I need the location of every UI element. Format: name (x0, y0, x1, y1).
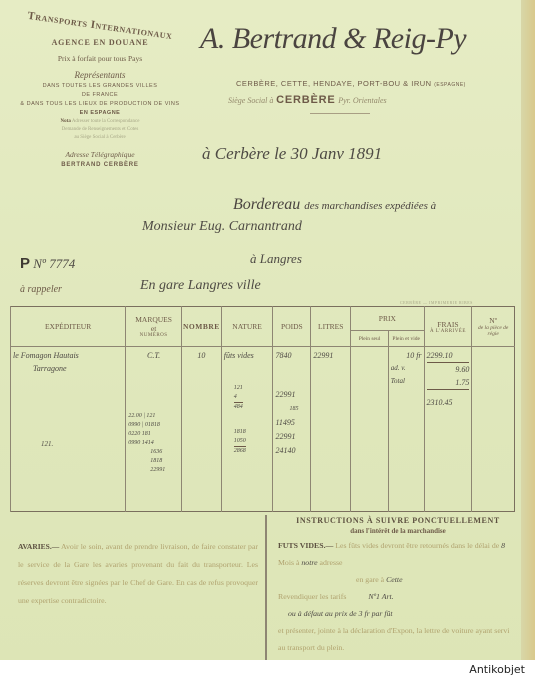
table-row: le Fomagon Hautais Tarragone 121. C.T. 2… (11, 347, 515, 512)
frais-line: 1.75 (427, 376, 470, 390)
calc-line: 24140 (275, 444, 308, 458)
header-prix-plein-seul: Plein seul (351, 331, 389, 347)
header-frais: FRAIS À L'ARRIVÉE (424, 307, 472, 347)
frais-total: 2310.45 (427, 396, 470, 409)
calc-line: 185 (275, 402, 308, 416)
calc-poids: 22991 185 11495 22991 24140 (275, 388, 308, 458)
calc-line: 0990 1414 (128, 439, 179, 448)
reference-number: P Nº 7774 (20, 255, 75, 272)
calc-line: 1050 (234, 437, 271, 446)
telegraph-label: Adresse Télégraphique (10, 150, 190, 159)
futs-text: adresse (320, 558, 343, 567)
header-no-label: Nº (473, 316, 513, 325)
gare-line: en gare à Cette (278, 571, 518, 588)
nature-value: fûts vides (224, 349, 271, 362)
pricing-text: Prix à forfait pour tous Pays (10, 54, 190, 63)
cities-line: DE FRANCE (10, 92, 190, 98)
bordereau-heading: Bordereau des marchandises expédiées à (233, 196, 436, 214)
header-marques: MARQUES et NUMÉROS (126, 307, 182, 347)
calc-expediteur: 121. (13, 439, 123, 449)
calc-line: 0220 181 (128, 430, 179, 439)
nota-line: au Siège Social à Cerbère (10, 135, 190, 140)
nota-line: Adresser toute la Correspondance (72, 119, 140, 124)
calc-marques: 22.00 | 121 0990 | 01818 0220 181 0990 1… (128, 412, 179, 475)
head-office-line: Siège Social à CERBÈRE Pyr. Orientales (228, 94, 387, 106)
instructions-subtitle: dans l'intérêt de la marchandise (278, 526, 518, 537)
ornament-divider (310, 113, 370, 114)
tarif-text: Revendiquer les tarifs (278, 592, 346, 601)
instructions-block: INSTRUCTIONS À SUIVRE PONCTUELLEMENT dan… (278, 515, 518, 656)
futs-address-hand: notre (301, 558, 317, 567)
recipient: Monsieur Eug. Carnantrand (142, 219, 302, 235)
header-no-piece: Nº de la pièce de régie (472, 307, 515, 347)
cell-no-piece (472, 347, 515, 512)
nombre-value: 10 (184, 349, 219, 362)
paper-edge (521, 0, 535, 680)
cell-litres: 22991 (311, 347, 351, 512)
gare-hand: Cette (386, 575, 402, 584)
header-frais-arrivee: À L'ARRIVÉE (426, 329, 471, 334)
header-prix: PRIX (351, 307, 424, 331)
nota-block: Nota Adresser toute la Correspondance (10, 119, 190, 124)
invoice-document: Transports Internationaux AGENCE EN DOUA… (0, 0, 535, 680)
cell-frais: 2299.10 9.60 1.75 2310.45 (424, 347, 472, 512)
gare-text: en gare à (356, 575, 384, 584)
cell-prix-plein-vide: 10 fr ad. v. Total (388, 347, 424, 512)
cell-poids: 7840 22991 185 11495 22991 24140 (273, 347, 311, 512)
siege-suffix: Pyr. Orientales (338, 96, 386, 105)
calc-line: 22991 (128, 466, 179, 475)
date-line: à Cerbère le 30 Janv 1891 (202, 144, 382, 164)
reference-value: Nº 7774 (33, 256, 75, 271)
cell-nombre: 10 (181, 347, 221, 512)
calc-line: 22991 (275, 388, 308, 402)
litres-value: 22991 (313, 349, 348, 362)
locations-note: (ESPAGNE) (434, 82, 466, 88)
calc-line: 11495 (275, 416, 308, 430)
poids-value: 7840 (275, 349, 308, 362)
futs-vides-line: FUTS VIDES.— Les fûts vides devront être… (278, 537, 518, 571)
representatives-label: Représentants (10, 70, 190, 80)
expediteur-line: le Fomagon Hautais (13, 349, 123, 362)
locations-text: CERBÈRE, CETTE, HENDAYE, PORT-BOU & IRUN (236, 79, 432, 88)
siege-prefix: Siège Social à (228, 96, 273, 105)
calc-line: 0990 | 01818 (128, 421, 179, 430)
prix-line: ad. v. (391, 362, 422, 375)
header-nature: NATURE (221, 307, 273, 347)
handwritten-note: ou à défaut au prix de 3 fr par fût (278, 605, 518, 622)
prix-line: Total (391, 375, 422, 388)
station: En gare Langres ville (140, 278, 261, 294)
futs-delay: 8 (501, 541, 505, 550)
letterhead-left: Transports Internationaux AGENCE EN DOUA… (10, 18, 190, 168)
header-marques-numeros: NUMÉROS (127, 333, 180, 338)
cities-line: DANS TOUTES LES GRANDES VILLES (10, 83, 190, 89)
calc-line: 1818 (234, 428, 271, 437)
header-no-sub: de la pièce de régie (473, 325, 513, 337)
calc-line: 22991 (275, 430, 308, 444)
bordereau-subtitle: des marchandises expédiées à (304, 200, 436, 212)
cities-line: EN ESPAGNE (10, 110, 190, 116)
calc-line: 4 (234, 393, 271, 402)
footer-strip (0, 660, 535, 680)
header-frais-label: FRAIS (426, 320, 471, 329)
bordereau-title: Bordereau (233, 196, 300, 213)
cell-nature: fûts vides 121 4 484 1818 1050 2868 (221, 347, 273, 512)
header-marques-et: et (127, 324, 180, 333)
avaries-label: AVARIES.— (18, 542, 59, 551)
telegraph-address: BERTRAND CERBÈRE (10, 162, 190, 168)
printer-note: CERBÈRE — IMPRIMERIE RIBES (400, 300, 473, 305)
present-text: et présenter, jointe à la déclaration d'… (278, 622, 518, 656)
firm-locations: CERBÈRE, CETTE, HENDAYE, PORT-BOU & IRUN… (236, 79, 466, 88)
calc-line: 484 (234, 402, 243, 412)
expediteur-line: Tarragone (13, 362, 123, 375)
calc-line: 22.00 | 121 (128, 412, 179, 421)
reference-recall: à rappeler (20, 284, 62, 295)
cell-expediteur: le Fomagon Hautais Tarragone 121. (11, 347, 126, 512)
header-litres: LITRES (311, 307, 351, 347)
calc-line: 1818 (128, 457, 179, 466)
firm-name: A. Bertrand & Reig-Py (200, 22, 466, 56)
frais-line: 2299.10 (427, 349, 470, 362)
futs-text: Les fûts vides devront être retournés da… (335, 541, 499, 550)
header-marques-label: MARQUES (127, 315, 180, 324)
prix-line: 10 fr (391, 349, 422, 362)
header-expediteur: EXPÉDITEUR (11, 307, 126, 347)
avaries-text: Avoir le soin, avant de prendre livraiso… (18, 542, 258, 605)
futs-label: FUTS VIDES.— (278, 541, 333, 550)
tarif-hand: Nº1 Art. (348, 592, 393, 601)
calc-line: 2868 (234, 446, 246, 456)
siege-city: CERBÈRE (276, 94, 335, 106)
calc-line: 1636 (128, 448, 179, 457)
avaries-notice: AVARIES.— Avoir le soin, avant de prendr… (18, 538, 258, 610)
nota-label: Nota (61, 119, 71, 124)
futs-text: Mois à (278, 558, 299, 567)
calc-line: 121 (234, 384, 271, 393)
header-poids: POIDS (273, 307, 311, 347)
calc-nombre: 121 4 484 1818 1050 2868 (224, 384, 271, 456)
nota-line: Demande de Renseignements et Cotes (10, 127, 190, 132)
frais-line: 9.60 (427, 362, 470, 376)
marques-value: C.T. (128, 349, 179, 362)
header-nombre: NOMBRE (181, 307, 221, 347)
instructions-title: INSTRUCTIONS À SUIVRE PONCTUELLEMENT (278, 515, 518, 526)
reference-prefix: P (20, 255, 30, 272)
goods-table: EXPÉDITEUR MARQUES et NUMÉROS NOMBRE NAT… (10, 306, 515, 512)
section-divider (265, 515, 267, 665)
cell-prix-plein-seul (351, 347, 389, 512)
cell-marques: C.T. 22.00 | 121 0990 | 01818 0220 181 0… (126, 347, 182, 512)
watermark: Antikobjet (467, 663, 527, 676)
destination: à Langres (250, 251, 302, 267)
cities-line: & DANS TOUS LES LIEUX DE PRODUCTION DE V… (10, 101, 190, 107)
tarif-line: Revendiquer les tarifs Nº1 Art. (278, 588, 518, 605)
header-prix-plein-vide: Plein et vide (388, 331, 424, 347)
